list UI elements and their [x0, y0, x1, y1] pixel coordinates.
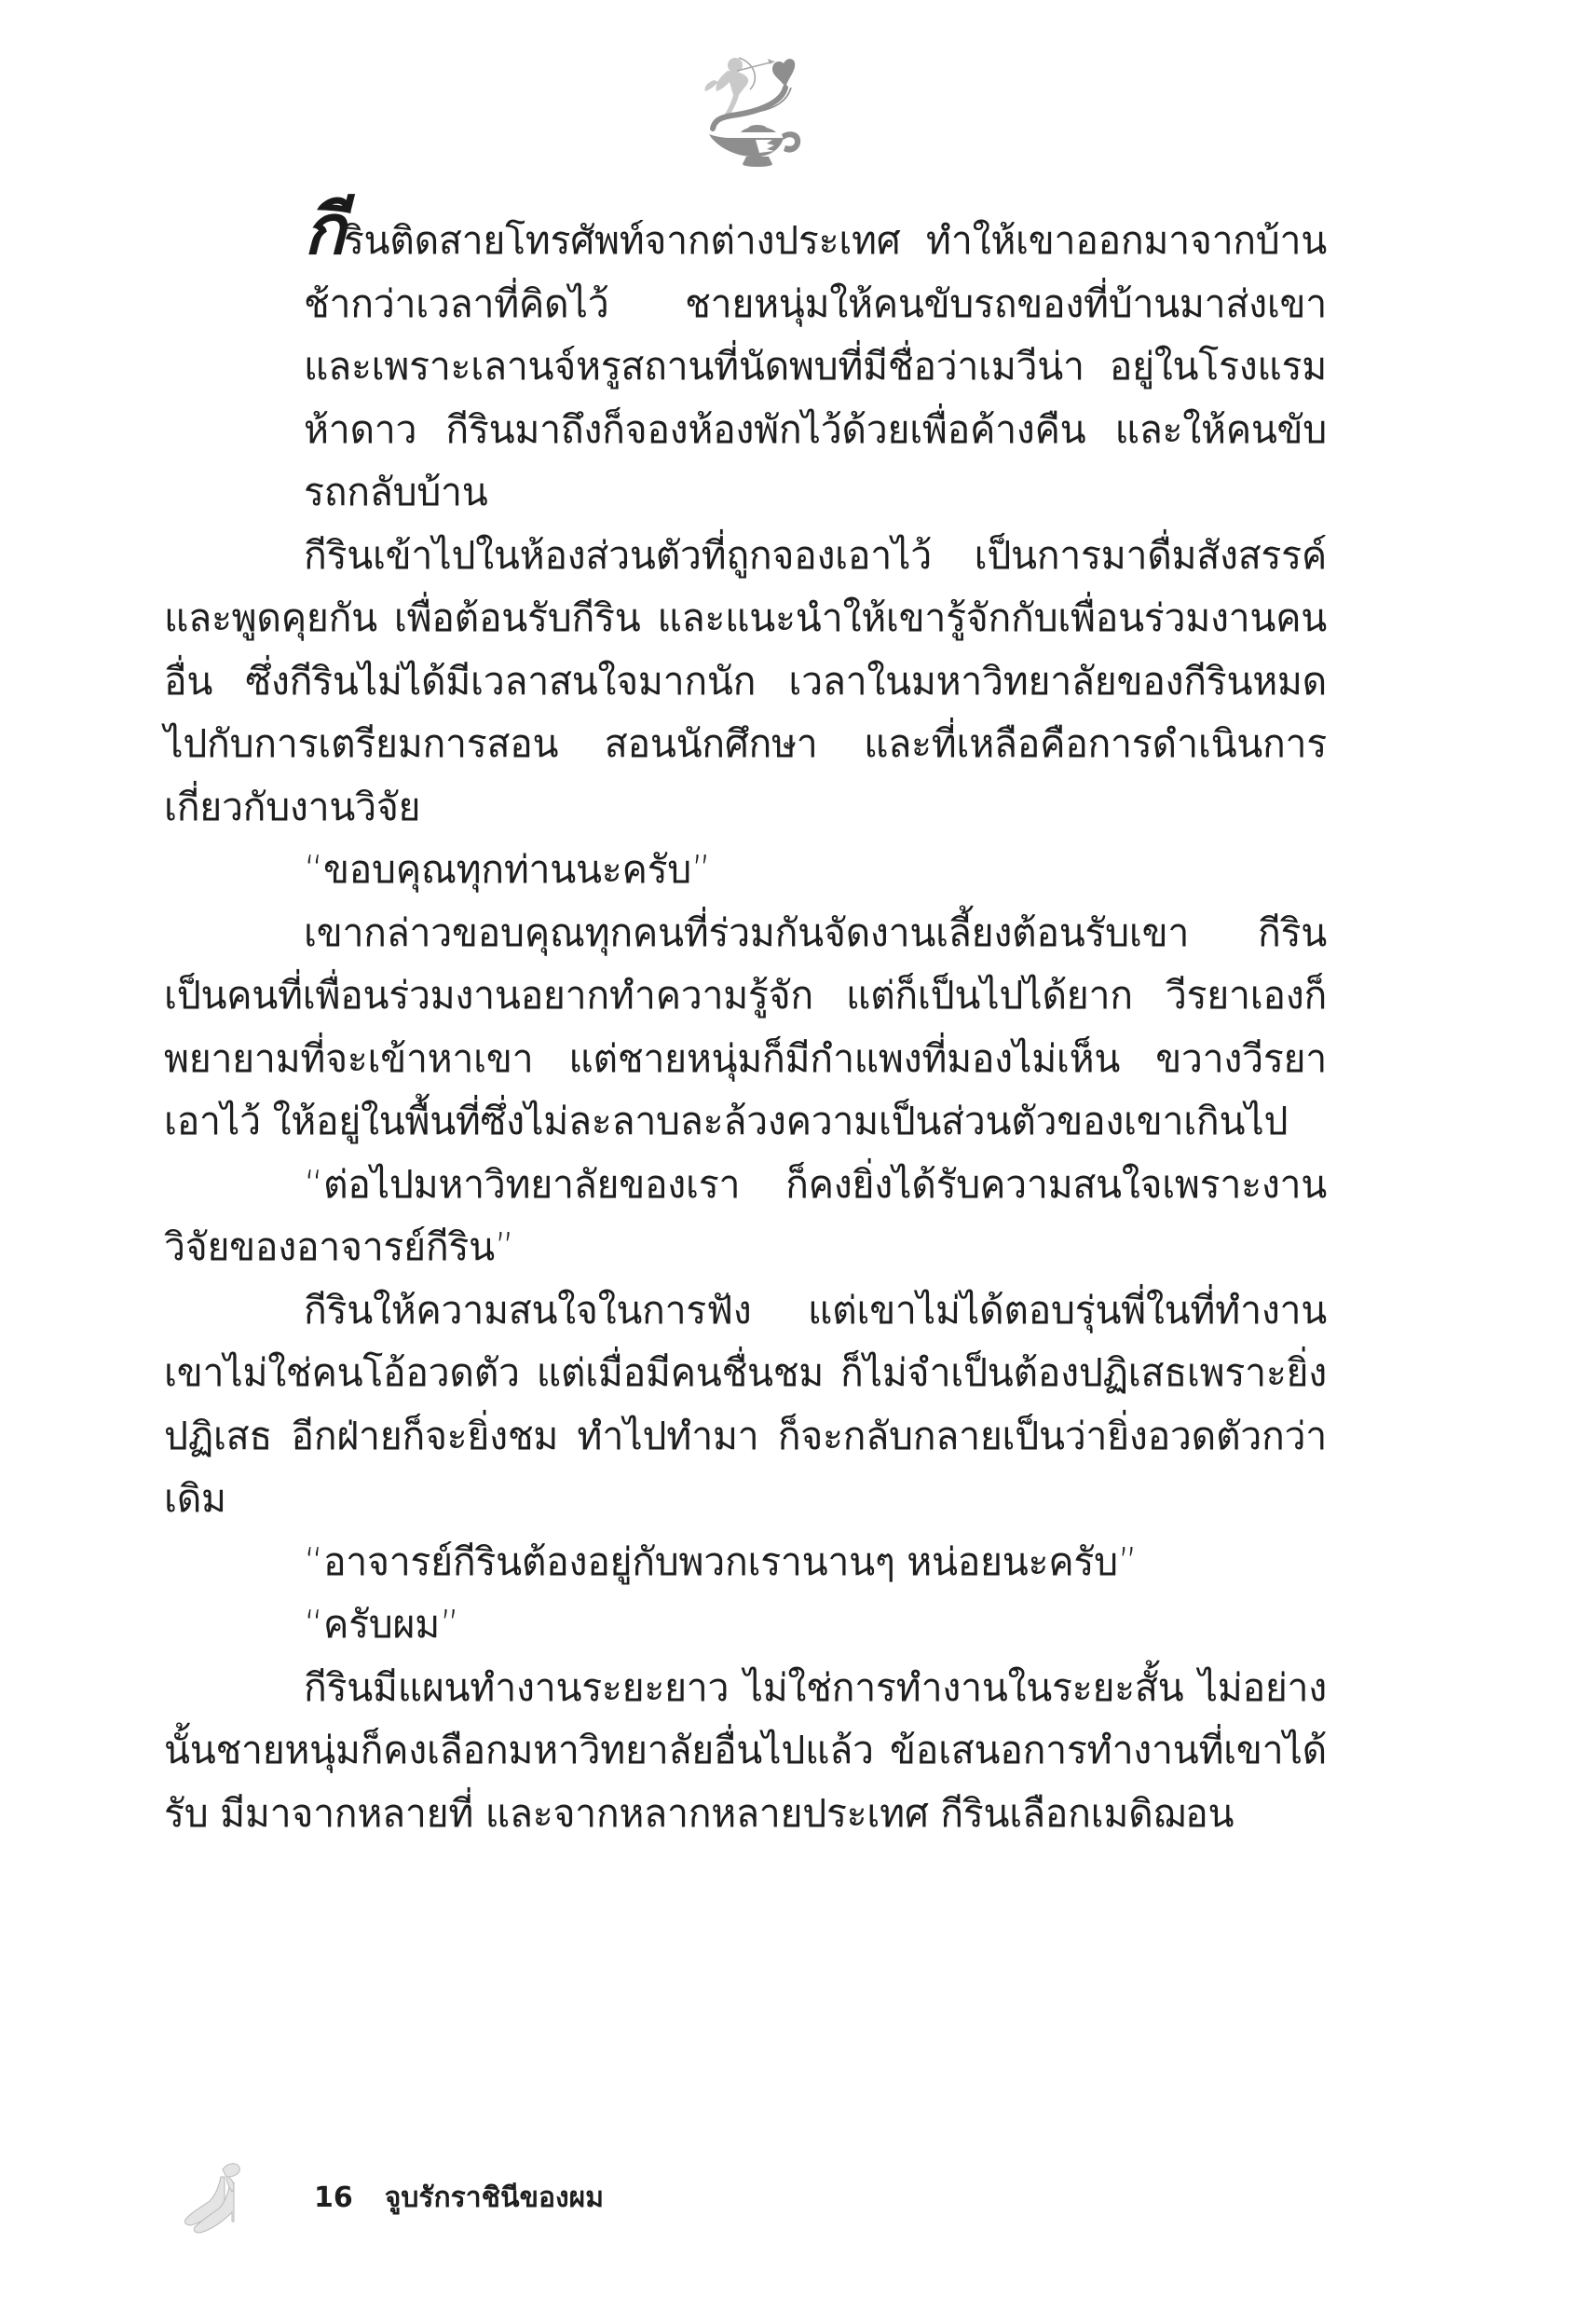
page-footer: 16 จูบรักราชินีของผม [182, 2160, 604, 2235]
book-title: จูบรักราชินีของผม [385, 2176, 604, 2220]
genie-lamp-with-cupid-icon [694, 54, 811, 175]
high-heel-shoe-icon [182, 2160, 247, 2235]
chapter-body: กีรินติดสายโทรศัพท์จากต่างประเทศ ทำให้เข… [164, 207, 1327, 1845]
dialogue-line: “ครับผม” [164, 1593, 1327, 1657]
paragraph: กีรินเข้าไปในห้องส่วนตัวที่ถูกจองเอาไว้ … [164, 525, 1327, 840]
paragraph: เขากล่าวขอบคุณทุกคนที่ร่วมกันจัดงานเลี้ย… [164, 902, 1327, 1154]
dialogue-line: “อาจารย์กีรินต้องอยู่กับพวกเรานานๆ หน่อย… [164, 1531, 1327, 1594]
drop-cap: กี [304, 190, 344, 270]
page-number: 16 [314, 2181, 353, 2214]
paragraph: กีรินมีแผนทำงานระยะยาว ไม่ใช่การทำงานในร… [164, 1657, 1327, 1846]
dialogue-line: “ต่อไปมหาวิทยาลัยของเรา ก็คงยิ่งได้รับคว… [164, 1154, 1327, 1279]
paragraph: กีรินให้ความสนใจในการฟัง แต่เขาไม่ได้ตอบ… [164, 1279, 1327, 1531]
paragraph-opening: กีรินติดสายโทรศัพท์จากต่างประเทศ ทำให้เข… [164, 207, 1327, 525]
paragraph-text: รินติดสายโทรศัพท์จากต่างประเทศ ทำให้เขาอ… [304, 218, 1327, 514]
dialogue-line: “ขอบคุณทุกท่านนะครับ” [164, 839, 1327, 902]
